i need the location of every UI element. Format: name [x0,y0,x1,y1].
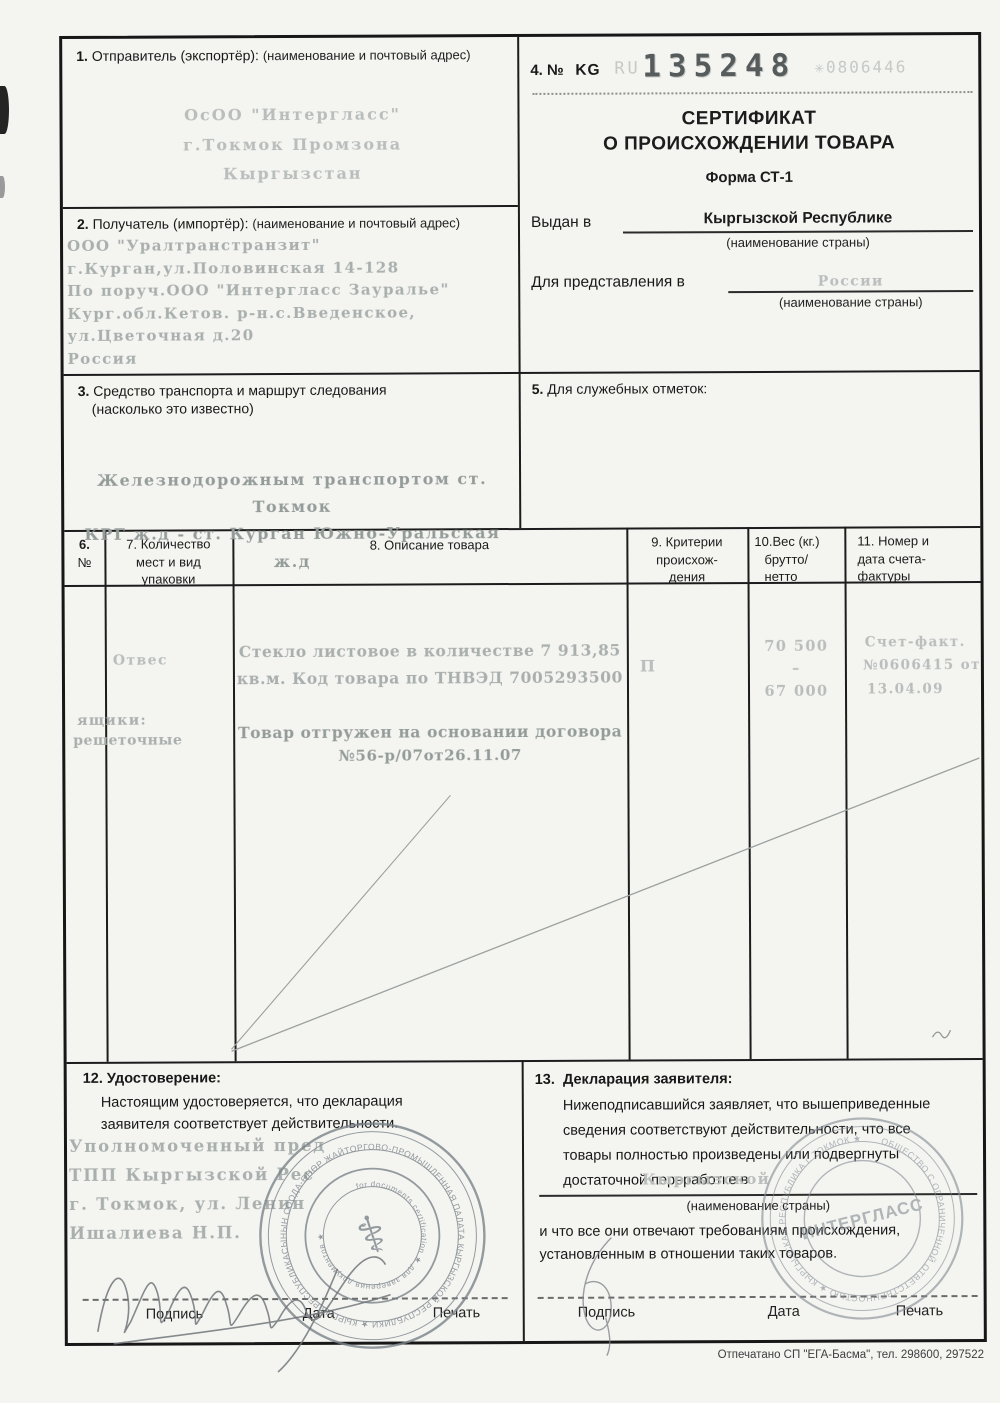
transport-line: Железнодорожным транспортом ст. Токмок [66,465,518,521]
importer-line: Кург.обл.Кетов. р-н.с.Введенское, [67,301,515,325]
header-line: № [64,553,104,571]
divider [626,528,630,1060]
box1-value: ОсОО "Интергласс" г.Токмок Промзона Кырг… [82,99,502,190]
header-line: 10.Вес (кг.) [754,533,844,551]
header-line: нетто [764,568,844,586]
exporter-line: ОсОО "Интергласс" [82,99,502,130]
exporter-line: Кыргызстан [83,158,503,189]
box2-number: 2. [77,216,89,232]
header-col10: 10.Вес (кг.) брутто/ нетто [754,533,844,586]
company-stamp: ОБЩЕСТВО С ОГРАНИЧЕННОЙ ОТВЕТСТВЕННОСТЬЮ… [747,1103,978,1334]
box12-title: Удостоверение: [107,1070,221,1086]
box5-label: 5. Для служебных отметок: [532,379,708,398]
issued-in-hint: (наименование страны) [623,234,973,251]
header-line: упаковки [104,570,232,588]
header-col8: 8. Описание товара [232,537,626,554]
signature-right [549,1221,660,1356]
box2-label: 2. Получатель (импортёр): (наименование … [77,213,512,234]
box2-title: Получатель (импортёр): [93,215,249,232]
header-col6: 6. № [64,536,104,571]
box13-number: 13. [535,1072,555,1088]
header-line: происхож- [626,551,747,569]
box13-title: Декларация заявителя: [563,1071,733,1088]
importer-line: ООО "Уралтранстранзит" [67,233,515,257]
divider [747,527,751,1059]
box1-hint: (наименование и почтовый адрес) [263,47,471,63]
row-weight-net: 67 000 [748,681,845,702]
row-invoice-1: Счет-факт. [865,633,966,653]
importer-line: По поруч.ООО "Интергласс Зауралье" [67,278,515,302]
box5-number: 5. [532,381,544,397]
company-stamp-center-text: ИНТЕРГЛАСС [799,1194,925,1243]
box12-label: 12. Удостоверение: [83,1069,221,1088]
row-description-4: №56-р/07от26.11.07 [235,745,625,768]
scan-artifact [0,86,9,134]
issued-in-label: Выдан в [531,213,591,233]
issued-in-line [623,230,973,234]
header-line: 7. Количество [104,535,232,553]
box1-number: 1. [76,48,88,64]
row-description-3: Товар отгружен на основании договора [235,721,625,745]
header-line: дения [626,568,747,586]
serial-underline [532,91,972,95]
importer-line: г.Курган,ул.Половинская 14-128 [67,256,515,280]
row-description-1: Стекло листовое в количестве 7 913,85 [235,640,625,664]
certificate-title-line2: О ПРОИСХОЖДЕНИИ ТОВАРА [520,132,979,156]
box5-title: Для служебных отметок: [547,380,707,397]
serial-faint-suffix: ✳0806446 [814,57,907,76]
certificate-form: 1. Отправитель (экспортёр): (наименовани… [59,32,987,1346]
box2-value: ООО "Уралтранстранзит" г.Курган,ул.Полов… [67,233,516,370]
issued-in-value: Кыргызской Республике [623,209,973,229]
divider [232,529,236,1061]
box12-number: 12. [83,1071,103,1087]
box1-title: Отправитель (экспортёр): [92,47,259,64]
divider [522,1060,525,1341]
box3-title: Средство транспорта и маршрут следования [93,382,386,399]
header-col7: 7. Количество мест и вид упаковки [104,535,232,588]
row-description-2: кв.м. Код товара по ТНВЭД 7005293500 [235,667,625,691]
serial-faint-prefix: RU [614,58,641,78]
header-line: 6. [64,536,104,554]
header-col9: 9. Критерии происхож- дения [626,533,747,586]
box3-label: 3. Средство транспорта и маршрут следова… [78,380,513,418]
box1-label: 1. Отправитель (экспортёр): (наименовани… [76,45,511,66]
exporter-line: г.Токмок Промзона [83,129,503,160]
header-col11: 11. Номер и дата счета- фактуры [857,532,977,585]
box3-number: 3. [78,383,90,399]
row-weight-gross: 70 500 [748,636,845,657]
serial-number: 135248 [642,48,796,85]
header-line: дата счета- [857,550,977,568]
row-packaging-2: ящики: [77,711,147,732]
scan-artifact [0,176,5,198]
header-line: 11. Номер и [857,532,977,550]
box2-hint: (наименование и почтовый адрес) [252,215,460,231]
divider [67,1058,983,1064]
divider [104,530,108,1062]
presented-to-hint: (наименование страны) [728,294,973,310]
row-invoice-2: №0606415 от [863,656,981,676]
row-packaging-3: решеточные [73,730,182,751]
number-sign: № [547,62,564,79]
header-line: мест и вид [104,553,232,571]
presented-to-label: Для представления в [531,272,685,293]
presented-to-value: России [728,271,973,292]
print-shop-footer: Отпечатано СП "ЕГА-Басма", тел. 298600, … [718,1349,984,1361]
signature-left [85,1232,496,1374]
country-code: KG [575,61,600,81]
header-line: 9. Критерии [626,533,747,551]
scanned-certificate-page: 1. Отправитель (экспортёр): (наименовани… [0,0,1000,1403]
divider [844,527,848,1059]
row-invoice-3: 13.04.09 [867,680,944,700]
row-weight-dash: – [748,658,845,679]
importer-line: ул.Цветочная д.20 [67,323,515,347]
divider [64,370,980,376]
box3-subtitle: (насколько это известно) [92,400,254,417]
divider [63,205,518,209]
box4-number: 4. № [530,61,564,81]
header-line: фактуры [857,567,977,585]
header-line: брутто/ [764,550,844,568]
presented-to-line [728,290,973,293]
row-criteria: П [640,654,657,677]
box4-num: 4. [530,62,543,79]
form-name: Форма СТ-1 [520,168,979,187]
row-packaging-1: Отвес [113,651,168,672]
importer-line: Россия [68,346,516,370]
certificate-title-line1: СЕРТИФИКАТ [519,107,978,131]
box13-label: 13. Декларация заявителя: [535,1070,733,1090]
